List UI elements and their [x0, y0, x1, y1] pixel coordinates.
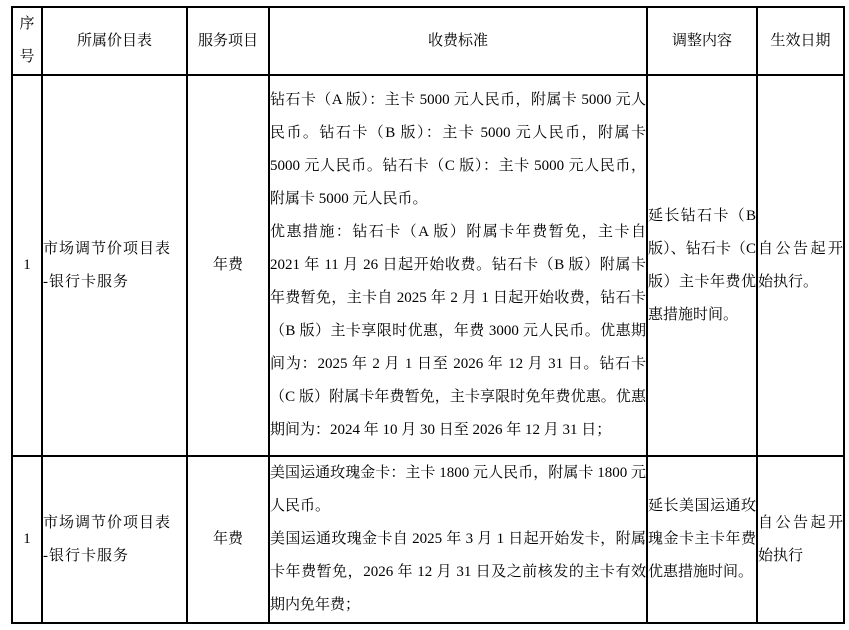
adjustment-cell: 延长钻石卡（B 版）、钻石卡（C 版）主卡年费优惠措施时间。 — [647, 75, 757, 456]
price-list-cell: 市场调节价项目表 -银行卡服务 — [42, 75, 187, 456]
fee-standard-cell: 钻石卡（A 版）：主卡 5000 元人民币，附属卡 5000 元人民币。钻石卡（… — [269, 75, 647, 456]
fee-adjustment-table: 序号 所属价目表 服务项目 收费标准 调整内容 生效日期 1 市场调节价项目表 … — [11, 6, 845, 624]
document-page: 序号 所属价目表 服务项目 收费标准 调整内容 生效日期 1 市场调节价项目表 … — [0, 0, 849, 624]
table-row: 1 市场调节价项目表 -银行卡服务 年费 美国运通玫瑰金卡：主卡 1800 元人… — [12, 456, 844, 623]
header-price-list: 所属价目表 — [42, 7, 187, 75]
table-header-row: 序号 所属价目表 服务项目 收费标准 调整内容 生效日期 — [12, 7, 844, 75]
header-fee-standard: 收费标准 — [269, 7, 647, 75]
adjustment-cell: 延长美国运通玫瑰金卡主卡年费优惠措施时间。 — [647, 456, 757, 623]
fee-standard-cell: 美国运通玫瑰金卡：主卡 1800 元人民币，附属卡 1800 元人民币。 美国运… — [269, 456, 647, 623]
seq-cell: 1 — [12, 75, 42, 456]
service-item-cell: 年费 — [187, 456, 269, 623]
fee-paragraph: 美国运通玫瑰金卡自 2025 年 3 月 1 日起开始发卡，附属卡年费暂免，20… — [270, 523, 646, 622]
fee-paragraph: 优惠措施：钻石卡（A 版）附属卡年费暂免，主卡自 2021 年 11 月 26 … — [270, 216, 646, 447]
header-effective-date: 生效日期 — [757, 7, 844, 75]
header-seq: 序号 — [12, 7, 42, 75]
seq-cell: 1 — [12, 456, 42, 623]
service-item-cell: 年费 — [187, 75, 269, 456]
effective-date-cell: 自公告起开始执行 — [757, 456, 844, 623]
header-service-item: 服务项目 — [187, 7, 269, 75]
fee-paragraph: 美国运通玫瑰金卡：主卡 1800 元人民币，附属卡 1800 元人民币。 — [270, 457, 646, 523]
effective-date-cell: 自公告起开始执行。 — [757, 75, 844, 456]
header-adjustment: 调整内容 — [647, 7, 757, 75]
fee-paragraph: 钻石卡（A 版）：主卡 5000 元人民币，附属卡 5000 元人民币。钻石卡（… — [270, 84, 646, 216]
table-row: 1 市场调节价项目表 -银行卡服务 年费 钻石卡（A 版）：主卡 5000 元人… — [12, 75, 844, 456]
price-list-cell: 市场调节价项目表 -银行卡服务 — [42, 456, 187, 623]
